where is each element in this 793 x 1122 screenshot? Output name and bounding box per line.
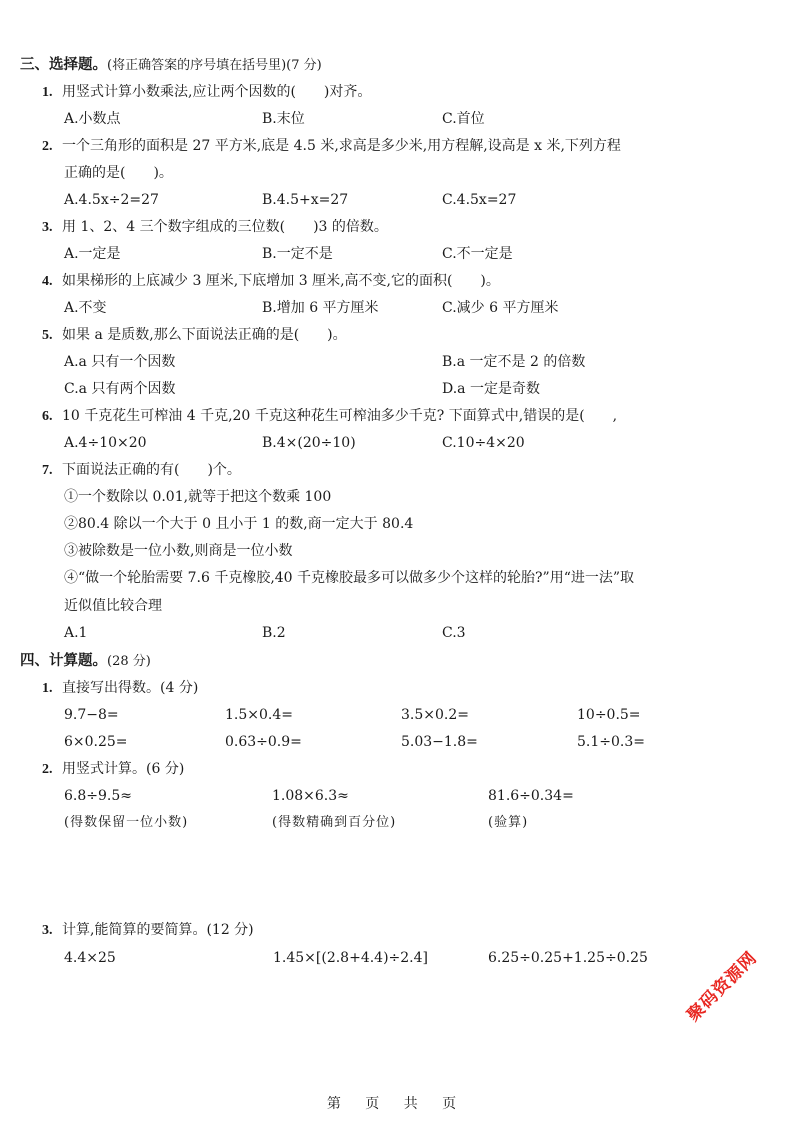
question-text: 用竖式计算小数乘法,应让两个因数的( )对齐。 [62,84,371,100]
simplify-calc-2: 1.45×[(2.8+4.4)÷2.4] [273,948,428,968]
option-b: B.一定不是 [262,244,333,264]
section-3-note: (将正确答案的序号填在括号里)(7 分) [107,58,322,73]
statement-4: ④“做一个轮胎需要 7.6 千克橡胶,40 千克橡胶最多可以做多少个这样的轮胎?… [64,568,634,588]
option-a: A.4.5x÷2=27 [64,190,159,210]
question-text: 计算,能简算的要简算。(12 分) [62,922,254,938]
question-2-continued: 正确的是( )。 [64,163,173,183]
question-number: 3. [42,921,62,941]
statement-3: ③被除数是一位小数,则商是一位小数 [64,541,292,561]
question-text: 用竖式计算。(6 分) [62,761,184,777]
question-number: 6. [42,407,62,427]
option-a: A.不变 [64,298,107,318]
question-number: 1. [42,679,62,699]
question-6: 6.10 千克花生可榨油 4 千克,20 千克这种花生可榨油多少千克? 下面算式… [42,406,617,427]
statement-2: ②80.4 除以一个大于 0 且小于 1 的数,商一定大于 80.4 [64,514,413,534]
question-text: 如果 a 是质数,那么下面说法正确的是( )。 [62,327,347,343]
section-3-heading: 三、选择题。(将正确答案的序号填在括号里)(7 分) [20,55,322,76]
vertical-calc-1: 6.8÷9.5≈ [64,786,132,806]
option-b: B.a 一定不是 2 的倍数 [442,352,585,372]
question-number: 7. [42,461,62,481]
option-d: D.a 一定是奇数 [442,379,540,399]
question-1: 1.用竖式计算小数乘法,应让两个因数的( )对齐。 [42,82,371,103]
option-c: C.首位 [442,109,485,129]
question-text: 10 千克花生可榨油 4 千克,20 千克这种花生可榨油多少千克? 下面算式中,… [62,408,617,424]
oral-calc-4: 10÷0.5= [577,705,641,725]
vertical-calc-1-hint: (得数保留一位小数) [64,813,188,833]
oral-calc-2: 1.5×0.4= [225,705,293,725]
simplify-calc-1: 4.4×25 [64,948,116,968]
option-b: B.2 [262,623,286,643]
question-number: 1. [42,83,62,103]
option-a: A.一定是 [64,244,121,264]
question-text: 直接写出得数。(4 分) [62,680,198,696]
question-number: 3. [42,218,62,238]
question-3: 3.用 1、2、4 三个数字组成的三位数( )3 的倍数。 [42,217,388,238]
question-2: 2.一个三角形的面积是 27 平方米,底是 4.5 米,求高是多少米,用方程解,… [42,136,621,157]
vertical-calc-2-hint: (得数精确到百分位) [272,813,396,833]
oral-calc-5: 6×0.25= [64,732,128,752]
oral-calc-3: 3.5×0.2= [401,705,469,725]
simplify-calc-3: 6.25÷0.25+1.25÷0.25 [488,948,648,968]
question-5: 5.如果 a 是质数,那么下面说法正确的是( )。 [42,325,347,346]
oral-calc-7: 5.03−1.8= [401,732,478,752]
option-b: B.增加 6 平方厘米 [262,298,379,318]
question-text: 下面说法正确的有( )个。 [62,462,241,478]
option-c: C.减少 6 平方厘米 [442,298,558,318]
option-c: C.10÷4×20 [442,433,525,453]
watermark-stamp: 聚码资源网 [680,944,761,1025]
option-c: C.3 [442,623,466,643]
question-number: 2. [42,137,62,157]
option-a: A.小数点 [64,109,121,129]
vertical-calc-2: 1.08×6.3≈ [272,786,349,806]
option-a: A.1 [64,623,87,643]
vertical-calc-3: 81.6÷0.34= [488,786,574,806]
option-c: C.a 只有两个因数 [64,379,175,399]
question-number: 5. [42,326,62,346]
statement-4-continued: 近似值比较合理 [64,596,162,616]
section-4-heading: 四、计算题。(28 分) [20,651,151,672]
question-4: 4.如果梯形的上底减少 3 厘米,下底增加 3 厘米,高不变,它的面积( )。 [42,271,500,292]
question-text: 一个三角形的面积是 27 平方米,底是 4.5 米,求高是多少米,用方程解,设高… [62,138,621,154]
page-footer: 第 页 共 页 [0,1093,793,1113]
vertical-calc-3-hint: (验算) [488,813,528,833]
option-b: B.末位 [262,109,305,129]
question-text: 用 1、2、4 三个数字组成的三位数( )3 的倍数。 [62,219,388,235]
question-7: 7.下面说法正确的有( )个。 [42,460,241,481]
calc-part-1: 1.直接写出得数。(4 分) [42,678,198,699]
calc-part-2: 2.用竖式计算。(6 分) [42,759,184,780]
option-b: B.4×(20÷10) [262,433,356,453]
section-4-title: 四、计算题。 [20,653,107,669]
option-a: A.4÷10×20 [64,433,147,453]
section-3-title: 三、选择题。 [20,57,107,73]
question-number: 4. [42,272,62,292]
option-a: A.a 只有一个因数 [64,352,175,372]
oral-calc-8: 5.1÷0.3= [577,732,645,752]
option-c: C.4.5x=27 [442,190,516,210]
statement-1: ①一个数除以 0.01,就等于把这个数乘 100 [64,487,331,507]
calc-part-3: 3.计算,能简算的要简算。(12 分) [42,920,254,941]
oral-calc-6: 0.63÷0.9= [225,732,302,752]
section-4-note: (28 分) [107,654,151,669]
question-text: 如果梯形的上底减少 3 厘米,下底增加 3 厘米,高不变,它的面积( )。 [62,273,500,289]
option-b: B.4.5+x=27 [262,190,348,210]
option-c: C.不一定是 [442,244,513,264]
oral-calc-1: 9.7−8= [64,705,119,725]
question-number: 2. [42,760,62,780]
